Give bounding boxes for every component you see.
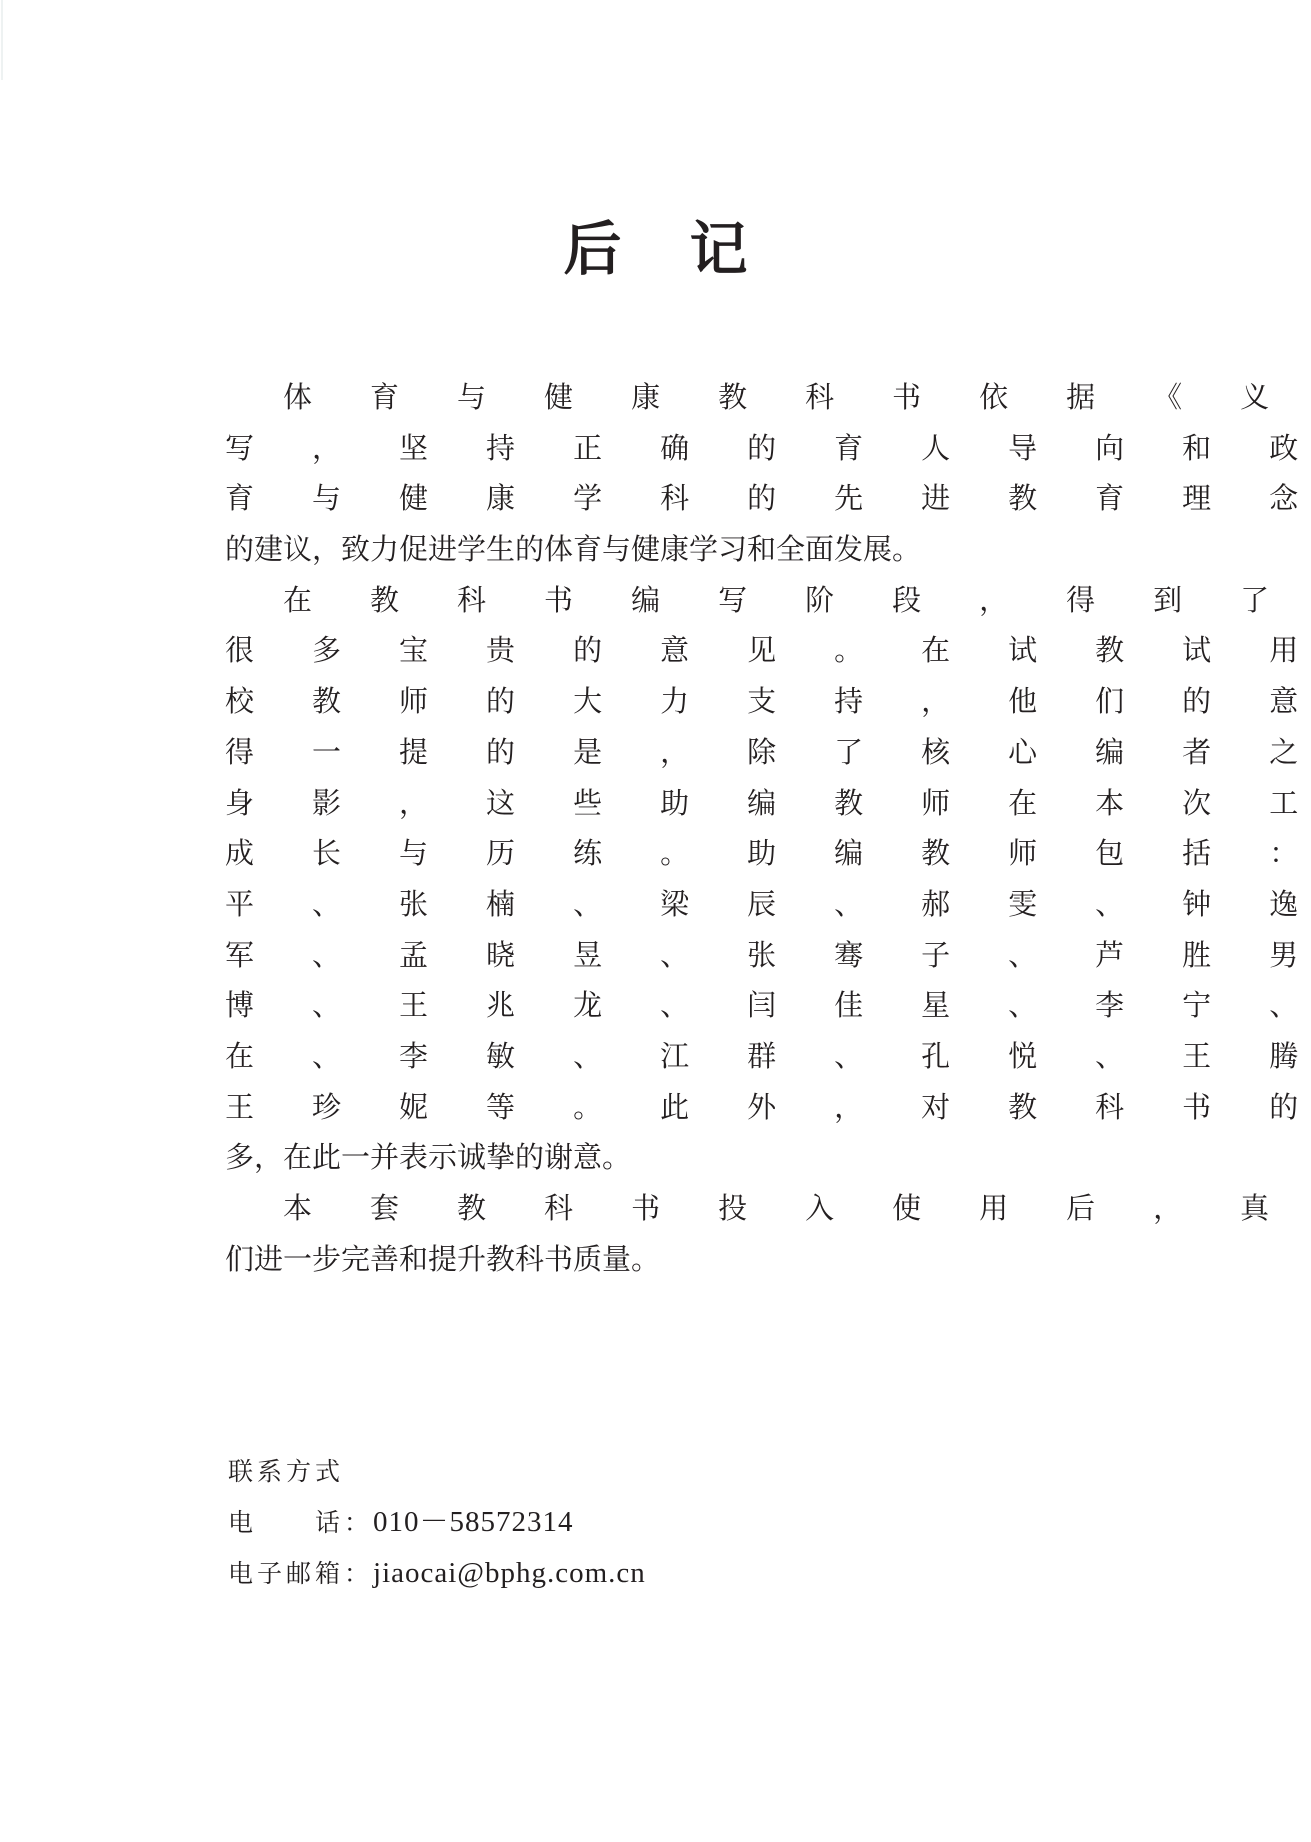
- glyph: 育: [1037, 473, 1124, 524]
- glyph: 多: [167, 1132, 196, 1183]
- glyph: 、: [515, 1031, 602, 1082]
- glyph: 向: [1037, 423, 1124, 474]
- glyph: 的: [1124, 676, 1211, 727]
- glyph: 。: [834, 524, 863, 575]
- glyph: 套: [312, 1183, 399, 1234]
- glyph: 《: [1095, 372, 1182, 423]
- glyph: 提: [370, 1234, 399, 1285]
- glyph: ，: [196, 1132, 225, 1183]
- glyph: 并: [312, 1132, 341, 1183]
- glyph: 王: [1124, 1031, 1211, 1082]
- glyph: 梁: [602, 879, 689, 930]
- glyph: 群: [689, 1031, 776, 1082]
- glyph: 与: [399, 372, 486, 423]
- glyph: 张: [689, 930, 776, 981]
- glyph: 与: [544, 524, 573, 575]
- glyph: 男: [1211, 930, 1298, 981]
- glyph: 、: [950, 980, 1037, 1031]
- glyph: 坚: [341, 423, 428, 474]
- glyph: 郝: [863, 879, 950, 930]
- glyph: 骞: [776, 930, 863, 981]
- paragraph-line: 体育与健康教科书依据《义务教育体育与健康课程标准（2022年版）》编: [167, 372, 1187, 423]
- glyph: 、: [950, 930, 1037, 981]
- glyph: 书: [573, 1183, 660, 1234]
- glyph: ，: [254, 423, 341, 474]
- glyph: 习: [660, 524, 689, 575]
- glyph: 导: [950, 423, 1037, 474]
- glyph: 芦: [1037, 930, 1124, 981]
- afterword-body: 体育与健康教科书依据《义务教育体育与健康课程标准（2022年版）》编 写，坚持正…: [167, 372, 1187, 1284]
- paragraph-line: 成长与历练。助编教师包括：张慧、徐仲书、种青、周财亮、宋占军、杨双: [167, 828, 1187, 879]
- glyph: ，: [921, 575, 1008, 626]
- glyph: 见: [1298, 676, 1311, 727]
- glyph: 意: [515, 1132, 544, 1183]
- glyph: 教: [660, 372, 747, 423]
- glyph: 务: [1269, 372, 1311, 423]
- paragraph-line: 的建议，致力促进学生的体育与健康学习和全面发展。: [167, 524, 1187, 575]
- title-char-2: 记: [690, 215, 748, 283]
- glyph: 。: [573, 1234, 602, 1285]
- glyph: 兆: [428, 980, 515, 1031]
- glyph: 、: [1037, 1031, 1124, 1082]
- glyph: 体: [225, 372, 312, 423]
- glyph: 身: [167, 778, 254, 829]
- glyph: 使: [834, 1183, 921, 1234]
- glyph: 这: [428, 778, 515, 829]
- glyph: 些: [515, 778, 602, 829]
- glyph: 孟: [341, 930, 428, 981]
- email-address[interactable]: jiaocai@bphg.com.cn: [373, 1548, 646, 1599]
- glyph: 龙: [515, 980, 602, 1031]
- page-title: 后记: [0, 215, 1311, 283]
- paragraph-line: 王珍妮等。此外，对教科书的编写、出版提供过帮助的社会各界朋友还有很: [167, 1082, 1187, 1133]
- glyph: 段: [834, 575, 921, 626]
- glyph: 腾: [1211, 1031, 1298, 1082]
- glyph: 校: [167, 676, 254, 727]
- glyph: 、: [602, 930, 689, 981]
- glyph: 张: [1298, 828, 1311, 879]
- glyph: 表: [341, 1132, 370, 1183]
- glyph: 书: [486, 1234, 515, 1285]
- glyph: 谢: [486, 1132, 515, 1183]
- glyph: 张: [341, 879, 428, 930]
- glyph: 科: [747, 372, 834, 423]
- glyph: 建: [196, 524, 225, 575]
- glyph: 书: [486, 575, 573, 626]
- glyph: 书: [834, 372, 921, 423]
- glyph: 挚: [428, 1132, 457, 1183]
- glyph: 。: [776, 625, 863, 676]
- glyph: 多: [254, 625, 341, 676]
- glyph: 一: [225, 1234, 254, 1285]
- glyph: 、: [1037, 879, 1124, 930]
- glyph: 等: [428, 1082, 515, 1133]
- glyph: 星: [863, 980, 950, 1031]
- glyph: 体: [486, 524, 515, 575]
- glyph: 进: [863, 473, 950, 524]
- glyph: 工: [1211, 778, 1298, 829]
- paragraph-1: 体育与健康教科书依据《义务教育体育与健康课程标准（2022年版）》编 写，坚持正…: [167, 372, 1187, 575]
- paragraph-line: 军、孟晓昱、张骞子、芦胜男、王裔文、王裔静、梅博威、郭阔、朱捷、李: [167, 930, 1187, 981]
- glyph: 的: [457, 1132, 486, 1183]
- glyph: 政: [1211, 423, 1298, 474]
- glyph: 师: [950, 828, 1037, 879]
- glyph: 编: [573, 575, 660, 626]
- glyph: 之: [1211, 727, 1298, 778]
- glyph: 了: [776, 727, 863, 778]
- glyph: 善: [312, 1234, 341, 1285]
- glyph: 育: [776, 423, 863, 474]
- glyph: 阶: [747, 575, 834, 626]
- glyph: ，: [602, 727, 689, 778]
- paragraph-line: 博、王兆龙、闫佳星、李宁、冯泽凯、于浩、党晗、党瞳、张昊、赛娜、刘长: [167, 980, 1187, 1031]
- glyph: 用: [1211, 625, 1298, 676]
- glyph: 他: [950, 676, 1037, 727]
- glyph: 辰: [689, 879, 776, 930]
- glyph: 致: [283, 524, 312, 575]
- glyph: 教: [950, 1082, 1037, 1133]
- glyph: 楠: [428, 879, 515, 930]
- paragraph-3: 本套教科书投入使用后，真诚希望广大师生和家长提出宝贵意见，以便我 们进一步完善和…: [167, 1183, 1187, 1284]
- glyph: 王: [167, 1082, 254, 1133]
- glyph: 的: [457, 524, 486, 575]
- glyph: 康: [602, 524, 631, 575]
- glyph: 教: [254, 676, 341, 727]
- glyph: 们: [1037, 676, 1124, 727]
- glyph: 质: [515, 1234, 544, 1285]
- glyph: 面: [747, 524, 776, 575]
- glyph: 李: [1037, 980, 1124, 1031]
- glyph: 。: [515, 1082, 602, 1133]
- glyph: 与: [341, 828, 428, 879]
- contact-heading: 联系方式: [228, 1446, 646, 1497]
- glyph: 雯: [950, 879, 1037, 930]
- glyph: 核: [863, 727, 950, 778]
- glyph: 正: [515, 423, 602, 474]
- glyph: 教: [1037, 625, 1124, 676]
- glyph: 佳: [776, 980, 863, 1031]
- contact-info: 联系方式 电 话： 010－58572314 电子邮箱： jiaocai@bph…: [228, 1446, 646, 1599]
- glyph: 外: [689, 1082, 776, 1133]
- glyph: 进: [370, 524, 399, 575]
- glyph: 、: [254, 930, 341, 981]
- glyph: 科: [399, 575, 486, 626]
- glyph: 胜: [1124, 930, 1211, 981]
- glyph: 此: [602, 1082, 689, 1133]
- glyph: 括: [1124, 828, 1211, 879]
- glyph: 持: [776, 676, 863, 727]
- glyph: 博: [167, 980, 254, 1031]
- glyph: 助: [602, 778, 689, 829]
- glyph: 康: [573, 372, 660, 423]
- glyph: 和: [1124, 423, 1211, 474]
- glyph: 学: [399, 524, 428, 575]
- phone-label-part-2: 话：: [315, 1497, 373, 1548]
- glyph: 量: [544, 1234, 573, 1285]
- glyph: 入: [747, 1183, 834, 1234]
- glyph: 育: [167, 473, 254, 524]
- glyph: ，: [341, 778, 428, 829]
- glyph: 的: [689, 473, 776, 524]
- contact-email-row: 电子邮箱： jiaocai@bphg.com.cn: [228, 1548, 646, 1599]
- glyph: 、: [254, 1031, 341, 1082]
- glyph: 很: [167, 625, 254, 676]
- glyph: 的: [515, 625, 602, 676]
- glyph: 敏: [428, 1031, 515, 1082]
- glyph: 科: [1037, 1082, 1124, 1133]
- glyph: 、: [254, 879, 341, 930]
- glyph: 确: [602, 423, 689, 474]
- glyph: 在: [950, 778, 1037, 829]
- glyph: 后: [1008, 1183, 1095, 1234]
- glyph: 展: [805, 524, 834, 575]
- glyph: 编: [1298, 1082, 1311, 1133]
- glyph: 书: [1124, 1082, 1211, 1133]
- paragraph-line: 平、张楠、梁辰、郝雯、钟逸静、门晓坤、郑琦、肖晶、吴桐、闫宁、张长: [167, 879, 1187, 930]
- glyph: 发: [776, 524, 805, 575]
- glyph: 用: [921, 1183, 1008, 1234]
- glyph: 依: [921, 372, 1008, 423]
- glyph: 大: [515, 676, 602, 727]
- glyph: 、: [776, 879, 863, 930]
- glyph: 孔: [863, 1031, 950, 1082]
- glyph: 教: [950, 473, 1037, 524]
- glyph: 、: [1298, 930, 1311, 981]
- glyph: 健: [341, 473, 428, 524]
- glyph: 对: [863, 1082, 950, 1133]
- paragraph-line: 校教师的大力支持，他们的意见与建议为教科书的进一步完善提供了保障。值: [167, 676, 1187, 727]
- glyph: 学: [1269, 575, 1311, 626]
- glyph: 王: [341, 980, 428, 1031]
- paragraph-line: 在、李敏、江群、孔悦、王腾、陈宇、肖波、杨二伟、张芹、任婷、杨晓靓、: [167, 1031, 1187, 1082]
- paragraph-line: 身影，这些助编教师在本次工作中，付出了辛勤的劳动与汗水，同时也收获了: [167, 778, 1187, 829]
- glyph: 人: [863, 423, 950, 474]
- glyph: 据: [1008, 372, 1095, 423]
- glyph: 历: [428, 828, 515, 879]
- contact-phone-row: 电 话： 010－58572314: [228, 1497, 646, 1548]
- glyph: 过: [1298, 625, 1311, 676]
- glyph: 与: [254, 473, 341, 524]
- glyph: 本: [225, 1183, 312, 1234]
- glyph: 成: [167, 828, 254, 879]
- glyph: 提: [341, 727, 428, 778]
- glyph: 的: [428, 676, 515, 727]
- glyph: 的: [428, 727, 515, 778]
- glyph: 健: [573, 524, 602, 575]
- glyph: 外: [1298, 727, 1311, 778]
- glyph: 在: [225, 1132, 254, 1183]
- glyph: 平: [167, 879, 254, 930]
- glyph: 次: [1124, 778, 1211, 829]
- glyph: 升: [399, 1234, 428, 1285]
- paragraph-line: 得一提的是，除了核心编者之外，我们的编写团队中还活跃着多位助编教师的: [167, 727, 1187, 778]
- glyph: 此: [254, 1132, 283, 1183]
- paragraph-2: 在教科书编写阶段，得到了学科专家的悉心指导和倾力帮助，他们提出了 很多宝贵的意见…: [167, 575, 1187, 1183]
- glyph: 科: [457, 1234, 486, 1285]
- glyph: 、: [1211, 980, 1298, 1031]
- glyph: 育: [312, 372, 399, 423]
- glyph: 先: [776, 473, 863, 524]
- paragraph-line: 很多宝贵的意见。在试教试用过程中，得到了北京市及其他省市教研单位及学: [167, 625, 1187, 676]
- glyph: 和: [341, 1234, 370, 1285]
- glyph: 的: [689, 423, 776, 474]
- paragraph-line: 育与健康学科的先进教育理念、教学方法与经验，认真分析和研究各方面提出: [167, 473, 1187, 524]
- glyph: 逸: [1211, 879, 1298, 930]
- glyph: 师: [863, 778, 950, 829]
- glyph: 宝: [341, 625, 428, 676]
- glyph: 诚: [1269, 1183, 1311, 1234]
- glyph: 在: [863, 625, 950, 676]
- glyph: 师: [341, 676, 428, 727]
- paragraph-line: 多，在此一并表示诚挚的谢意。: [167, 1132, 1187, 1183]
- phone-number: 010－58572314: [373, 1497, 574, 1548]
- glyph: 妮: [341, 1082, 428, 1133]
- glyph: 教: [776, 778, 863, 829]
- glyph: 晓: [428, 930, 515, 981]
- glyph: 一: [254, 727, 341, 778]
- glyph: 包: [1037, 828, 1124, 879]
- glyph: 心: [950, 727, 1037, 778]
- glyph: 静: [1298, 879, 1311, 930]
- glyph: 一: [283, 1132, 312, 1183]
- glyph: 康: [428, 473, 515, 524]
- glyph: 健: [486, 372, 573, 423]
- glyph: 写: [167, 423, 254, 474]
- email-label: 电子邮箱：: [228, 1548, 373, 1599]
- glyph: 编: [689, 778, 776, 829]
- glyph: 完: [283, 1234, 312, 1285]
- glyph: 力: [602, 676, 689, 727]
- glyph: 长: [254, 828, 341, 879]
- title-char-1: 后: [563, 215, 621, 283]
- glyph: 助: [689, 828, 776, 879]
- glyph: 议: [225, 524, 254, 575]
- glyph: 是: [515, 727, 602, 778]
- glyph: 全: [718, 524, 747, 575]
- glyph: 。: [544, 1132, 573, 1183]
- glyph: 悦: [950, 1031, 1037, 1082]
- glyph: 钟: [1124, 879, 1211, 930]
- glyph: 江: [602, 1031, 689, 1082]
- glyph: 除: [689, 727, 776, 778]
- paragraph-line: 们进一步完善和提升教科书质量。: [167, 1234, 1187, 1285]
- glyph: 到: [1095, 575, 1182, 626]
- glyph: 冯: [1298, 980, 1311, 1031]
- glyph: ，: [863, 676, 950, 727]
- glyph: ，: [776, 1082, 863, 1133]
- glyph: 们: [167, 1234, 196, 1285]
- glyph: 科: [486, 1183, 573, 1234]
- glyph: 在: [167, 1031, 254, 1082]
- glyph: 、: [602, 980, 689, 1031]
- glyph: 写: [660, 575, 747, 626]
- glyph: 念: [1211, 473, 1298, 524]
- glyph: 的: [1211, 1082, 1298, 1133]
- glyph: 学: [515, 473, 602, 524]
- glyph: 步: [254, 1234, 283, 1285]
- glyph: 影: [254, 778, 341, 829]
- glyph: 宁: [1124, 980, 1211, 1031]
- glyph: 生: [428, 524, 457, 575]
- glyph: 支: [689, 676, 776, 727]
- glyph: 促: [341, 524, 370, 575]
- glyph: 闫: [689, 980, 776, 1031]
- glyph: 科: [602, 473, 689, 524]
- glyph: 的: [167, 524, 196, 575]
- glyph: 、: [254, 980, 341, 1031]
- glyph: 真: [1182, 1183, 1269, 1234]
- glyph: 育: [515, 524, 544, 575]
- glyph: 示: [370, 1132, 399, 1183]
- glyph: 教: [863, 828, 950, 879]
- glyph: 珍: [254, 1082, 341, 1133]
- glyph: 意: [602, 625, 689, 676]
- glyph: 子: [863, 930, 950, 981]
- glyph: ，: [1095, 1183, 1182, 1234]
- glyph: 贵: [428, 625, 515, 676]
- glyph: 学: [631, 524, 660, 575]
- glyph: 、: [776, 1031, 863, 1082]
- glyph: 军: [167, 930, 254, 981]
- glyph: 编: [776, 828, 863, 879]
- glyph: 教: [428, 1234, 457, 1285]
- glyph: 进: [196, 1234, 225, 1285]
- glyph: 得: [167, 727, 254, 778]
- paragraph-line: 在教科书编写阶段，得到了学科专家的悉心指导和倾力帮助，他们提出了: [167, 575, 1187, 626]
- glyph: 试: [1124, 625, 1211, 676]
- glyph: 昱: [515, 930, 602, 981]
- glyph: 者: [1124, 727, 1211, 778]
- glyph: 和: [689, 524, 718, 575]
- glyph: 教: [312, 575, 399, 626]
- glyph: 持: [428, 423, 515, 474]
- glyph: ，: [254, 524, 283, 575]
- glyph: 治: [1298, 423, 1311, 474]
- page-edge-mark: [1, 0, 3, 80]
- paragraph-line: 写，坚持正确的育人导向和政治方向，着眼于学生核心素养发展，广泛吸收体: [167, 423, 1187, 474]
- glyph: 教: [399, 1183, 486, 1234]
- glyph: 诚: [399, 1132, 428, 1183]
- glyph: ：: [1211, 828, 1298, 879]
- glyph: 试: [950, 625, 1037, 676]
- glyph: 、: [1298, 1031, 1311, 1082]
- glyph: 理: [1124, 473, 1211, 524]
- glyph: 本: [1037, 778, 1124, 829]
- glyph: 得: [1008, 575, 1095, 626]
- glyph: 练: [515, 828, 602, 879]
- glyph: 李: [341, 1031, 428, 1082]
- glyph: 在: [225, 575, 312, 626]
- glyph: 、: [515, 879, 602, 930]
- glyph: 、: [1298, 473, 1311, 524]
- paragraph-line: 本套教科书投入使用后，真诚希望广大师生和家长提出宝贵意见，以便我: [167, 1183, 1187, 1234]
- glyph: 。: [602, 828, 689, 879]
- glyph: 义: [1182, 372, 1269, 423]
- glyph: 见: [689, 625, 776, 676]
- glyph: 了: [1182, 575, 1269, 626]
- phone-label-part-1: 电: [228, 1497, 315, 1548]
- glyph: 力: [312, 524, 341, 575]
- glyph: 编: [1037, 727, 1124, 778]
- glyph: 投: [660, 1183, 747, 1234]
- glyph: 意: [1211, 676, 1298, 727]
- glyph: 作: [1298, 778, 1311, 829]
